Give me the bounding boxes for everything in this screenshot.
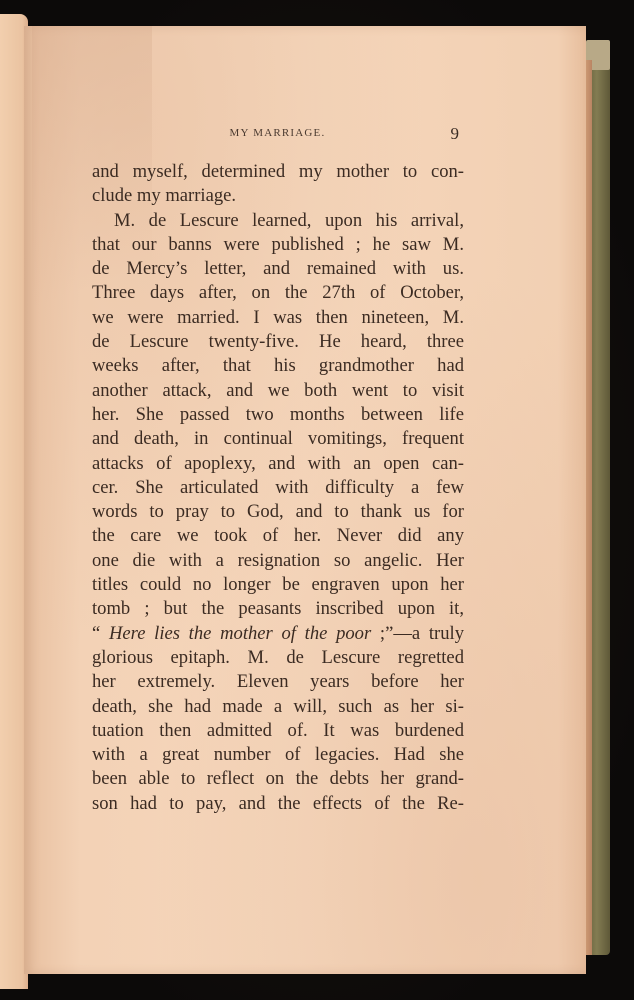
text-line: words to pray to God, and to thank us fo…	[92, 500, 464, 524]
text-line: that our banns were published ; he saw M…	[92, 233, 464, 257]
quote-rest: ;”—a truly	[371, 623, 464, 644]
body-text: and myself, determined my mother to con-…	[92, 160, 464, 816]
text-line: clude my marriage.	[92, 184, 464, 208]
text-line: another attack, and we both went to visi…	[92, 379, 464, 403]
quote-open: “	[92, 623, 109, 644]
text-line: death, she had made a will, such as her …	[92, 695, 464, 719]
text-line: de Mercy’s letter, and remained with us.	[92, 257, 464, 281]
paragraph-start-line: M. de Lescure learned, upon his arrival,	[92, 209, 464, 233]
text-line: tuation then admitted of. It was burdene…	[92, 719, 464, 743]
text-line: with a great number of legacies. Had she	[92, 743, 464, 767]
text-line: one die with a resignation so angelic. H…	[92, 549, 464, 573]
epitaph-italic: Here lies the mother of the poor	[109, 623, 371, 644]
text-line: attacks of apoplexy, and with an open ca…	[92, 452, 464, 476]
text-line: and death, in continual vomitings, frequ…	[92, 427, 464, 451]
text-line: been able to reflect on the debts her gr…	[92, 767, 464, 791]
text-line: weeks after, that his grandmother had	[92, 354, 464, 378]
text-line: son had to pay, and the effects of the R…	[92, 792, 464, 816]
text-line: cer. She articulated with difficulty a f…	[92, 476, 464, 500]
text-line: titles could no longer be engraven upon …	[92, 573, 464, 597]
text-line: her. She passed two months between life	[92, 403, 464, 427]
text-line: glorious epitaph. M. de Lescure regrette…	[92, 646, 464, 670]
text-line: we were married. I was then nineteen, M.	[92, 306, 464, 330]
running-head: MY MARRIAGE. 9	[90, 124, 465, 148]
text-line: Three days after, on the 27th of October…	[92, 281, 464, 305]
epitaph-quote-line: “ Here lies the mother of the poor ;”—a …	[92, 622, 464, 646]
text-line: tomb ; but the peasants inscribed upon i…	[92, 597, 464, 621]
page-number: 9	[451, 124, 460, 144]
text-line: the care we took of her. Never did any	[92, 524, 464, 548]
text-line: and myself, determined my mother to con-	[92, 160, 464, 184]
text-line: her extremely. Eleven years before her	[92, 670, 464, 694]
running-title: MY MARRIAGE.	[90, 127, 465, 139]
text-line: de Lescure twenty-five. He heard, three	[92, 330, 464, 354]
